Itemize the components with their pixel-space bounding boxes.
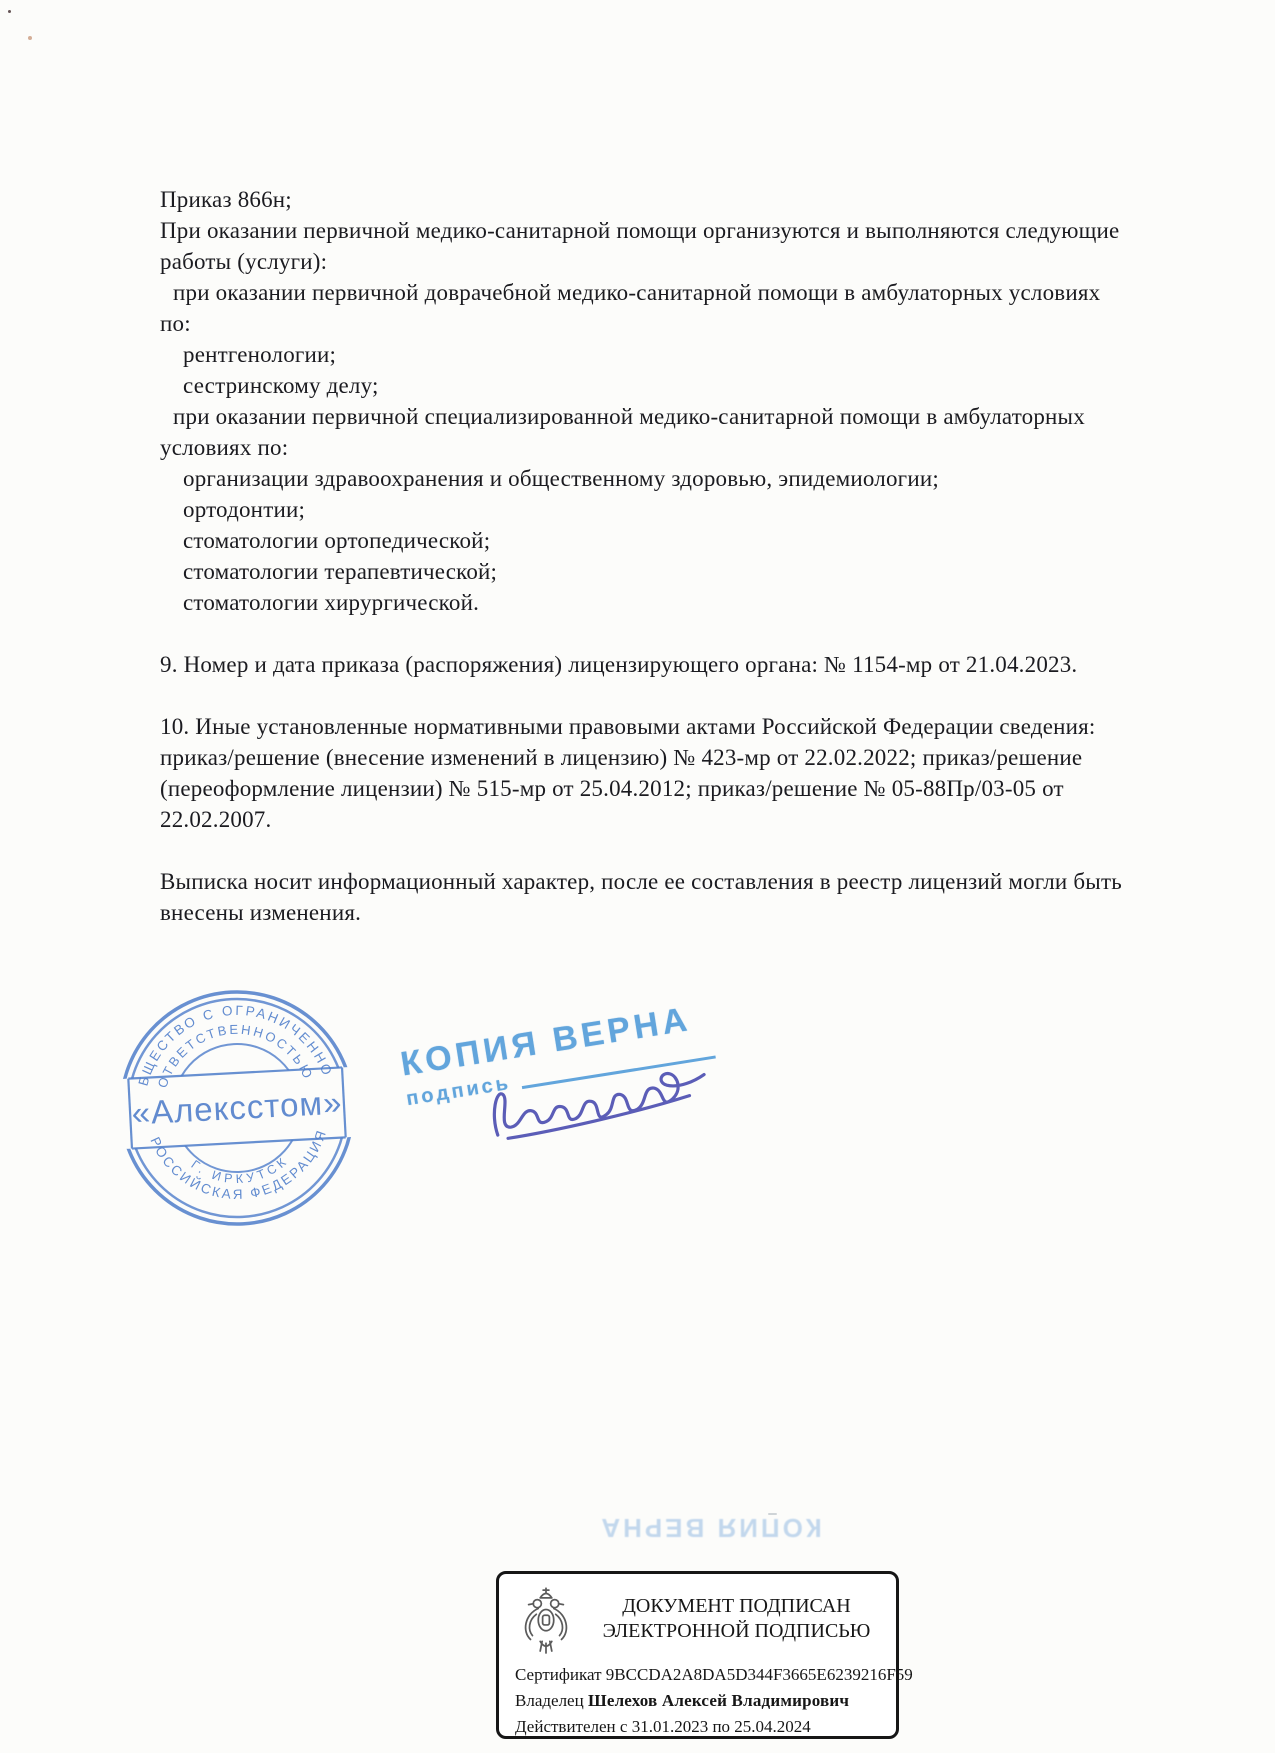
esign-info: Сертификат 9BCCDA2A8DA5D344F3665E6239216… xyxy=(515,1662,888,1740)
esign-certificate-label: Сертификат xyxy=(515,1665,602,1684)
text-line: организации здравоохранения и общественн… xyxy=(183,463,1120,494)
text-line: внесены изменения. xyxy=(160,897,1120,928)
text-line: При оказании первичной медико-санитарной… xyxy=(160,215,1120,246)
text-line: ортодонтии; xyxy=(183,494,1120,525)
text-line: (переоформление лицензии) № 515-мр от 25… xyxy=(160,773,1120,804)
esign-owner-value: Шелехов Алексей Владимирович xyxy=(588,1691,849,1710)
signature-text: Каверзина xyxy=(0,0,1,1)
emblem-crown xyxy=(540,1594,552,1598)
emblem-left-head xyxy=(533,1600,541,1608)
emblem-cross xyxy=(543,1588,549,1593)
text-line: стоматологии терапевтической; xyxy=(183,556,1120,587)
text-line xyxy=(160,680,1120,711)
scanned-document-page: Приказ 866н;При оказании первичной медик… xyxy=(0,0,1275,1753)
emblem-right-head xyxy=(551,1600,559,1608)
text-line: при оказании первичной доврачебной медик… xyxy=(173,277,1120,308)
esign-owner-label: Владелец xyxy=(515,1691,584,1710)
signature-stroke xyxy=(492,1071,707,1135)
text-line: по: xyxy=(160,308,1120,339)
text-line: работы (услуги): xyxy=(160,246,1120,277)
text-line: условиях по: xyxy=(160,432,1120,463)
round-company-stamp: ОБЩЕСТВО С ОГРАНИЧЕННОЙ ОТВЕТСТВЕННОСТЬЮ… xyxy=(106,977,369,1240)
text-line: при оказании первичной специализированно… xyxy=(173,401,1120,432)
coat-of-arms-icon xyxy=(517,1585,575,1661)
esign-title-line1: ДОКУМЕНТ ПОДПИСАН xyxy=(585,1594,888,1619)
text-line xyxy=(160,835,1120,866)
esign-box: ДОКУМЕНТ ПОДПИСАН ЭЛЕКТРОННОЙ ПОДПИСЬЮ С… xyxy=(496,1571,899,1739)
text-line xyxy=(160,618,1120,649)
emblem-tail-feathers xyxy=(540,1641,552,1653)
text-line: стоматологии ортопедической; xyxy=(183,525,1120,556)
text-line: 10. Иные установленные нормативными прав… xyxy=(160,711,1120,742)
esign-title: ДОКУМЕНТ ПОДПИСАН ЭЛЕКТРОННОЙ ПОДПИСЬЮ xyxy=(585,1594,888,1644)
text-line: сестринскому делу; xyxy=(183,370,1120,401)
scan-speck xyxy=(8,10,11,13)
text-line: Приказ 866н; xyxy=(160,184,1120,215)
esign-title-line2: ЭЛЕКТРОННОЙ ПОДПИСЬЮ xyxy=(585,1619,888,1644)
scan-speck xyxy=(768,1513,777,1515)
text-line: стоматологии хирургической. xyxy=(183,587,1120,618)
esign-certificate-value: 9BCCDA2A8DA5D344F3665E6239216F59 xyxy=(606,1665,913,1684)
text-line: 22.02.2007. xyxy=(160,804,1120,835)
esign-owner-row: Владелец Шелехов Алексей Владимирович xyxy=(515,1688,888,1714)
emblem-body xyxy=(538,1609,553,1630)
esign-validity-row: Действителен с 31.01.2023 по 25.04.2024 xyxy=(515,1714,888,1740)
ghost-copy-stamp: КОПИЯ ВЕРНА xyxy=(585,1512,835,1543)
text-line: 9. Номер и дата приказа (распоряжения) л… xyxy=(160,649,1120,680)
esign-certificate-row: Сертификат 9BCCDA2A8DA5D344F3665E6239216… xyxy=(515,1662,888,1688)
scan-speck xyxy=(28,36,32,40)
text-line: приказ/решение (внесение изменений в лиц… xyxy=(160,742,1120,773)
text-line: Выписка носит информационный характер, п… xyxy=(160,866,1120,897)
document-text: Приказ 866н;При оказании первичной медик… xyxy=(160,184,1120,928)
emblem-shield xyxy=(543,1615,550,1625)
text-line: рентгенологии; xyxy=(183,339,1120,370)
